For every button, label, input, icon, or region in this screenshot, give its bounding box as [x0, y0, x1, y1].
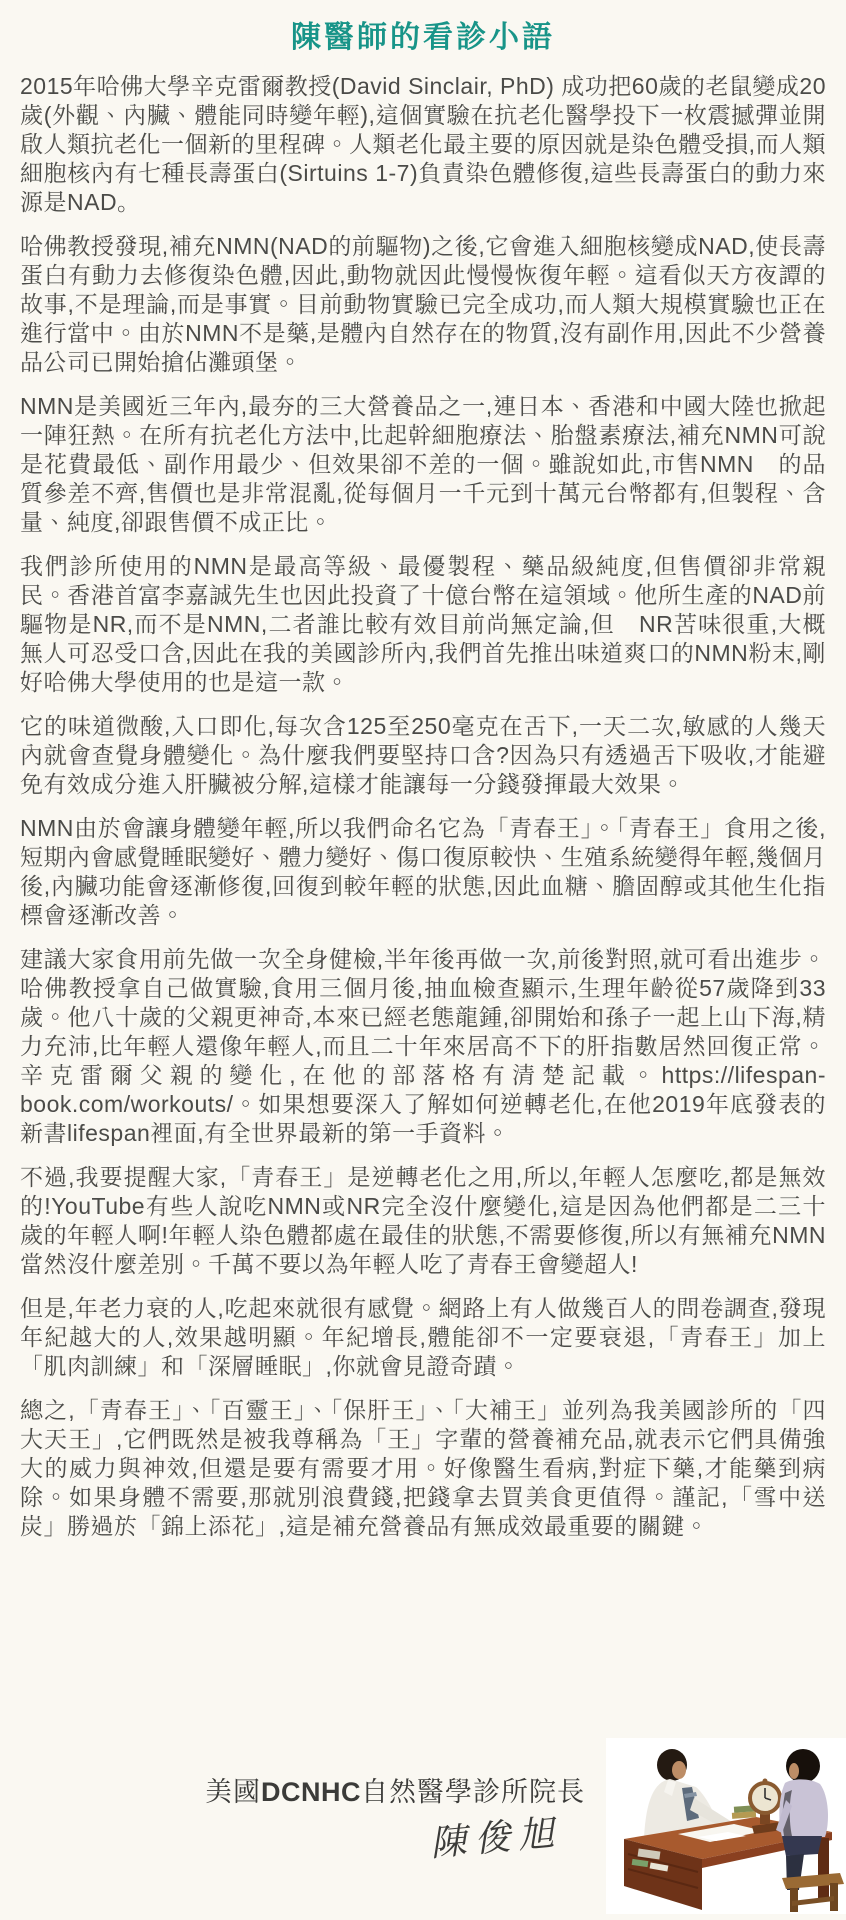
paragraph-9: 但是,年老力衰的人,吃起來就很有感覺。網路上有人做幾百人的問卷調查,發現年紀越大… [20, 1294, 826, 1381]
clock [750, 1779, 782, 1835]
consultation-photo [606, 1738, 846, 1914]
paragraph-4: 我們診所使用的NMN是最高等級、最優製程、藥品級純度,但售價卻非常親民。香港首富… [20, 552, 826, 697]
paragraph-5: 它的味道微酸,入口即化,每次含125至250毫克在舌下,一天二次,敏感的人幾天內… [20, 712, 826, 799]
clinic-note-page: 陳醫師的看診小語 2015年哈佛大學辛克雷爾教授(David Sinclair,… [0, 0, 846, 1920]
credential-suffix: 自然醫學診所院長 [361, 1777, 585, 1807]
paragraph-6: NMN由於會讓身體變年輕,所以我們命名它為「青春王」。「青春王」食用之後,短期內… [20, 814, 826, 930]
paragraph-2: 哈佛教授發現,補充NMN(NAD的前驅物)之後,它會進入細胞核變成NAD,使長壽… [20, 232, 826, 377]
credential-line: 美國DCNHC自然醫學診所院長 [205, 1770, 585, 1809]
signature: 陳俊旭 [428, 1804, 564, 1866]
credential-clinic-acronym: DCNHC [261, 1777, 361, 1807]
paragraph-7: 建議大家食用前先做一次全身健檢,半年後再做一次,前後對照,就可看出進步。哈佛教授… [20, 945, 826, 1148]
credential-prefix: 美國 [205, 1777, 261, 1807]
footer: 美國DCNHC自然醫學診所院長 陳俊旭 [0, 1728, 846, 1920]
paragraph-3: NMN是美國近三年內,最夯的三大營養品之一,連日本、香港和中國大陸也掀起一陣狂熱… [20, 392, 826, 537]
paragraph-10: 總之,「青春王」、「百靈王」、「保肝王」、「大補王」並列為我美國診所的「四大天王… [20, 1396, 826, 1541]
article-body: 2015年哈佛大學辛克雷爾教授(David Sinclair, PhD) 成功把… [20, 72, 826, 1541]
page-title: 陳醫師的看診小語 [20, 12, 826, 56]
consultation-photo-image [606, 1738, 846, 1914]
paragraph-8: 不過,我要提醒大家,「青春王」是逆轉老化之用,所以,年輕人怎麼吃,都是無效的!Y… [20, 1163, 826, 1279]
paragraph-1: 2015年哈佛大學辛克雷爾教授(David Sinclair, PhD) 成功把… [20, 72, 826, 217]
